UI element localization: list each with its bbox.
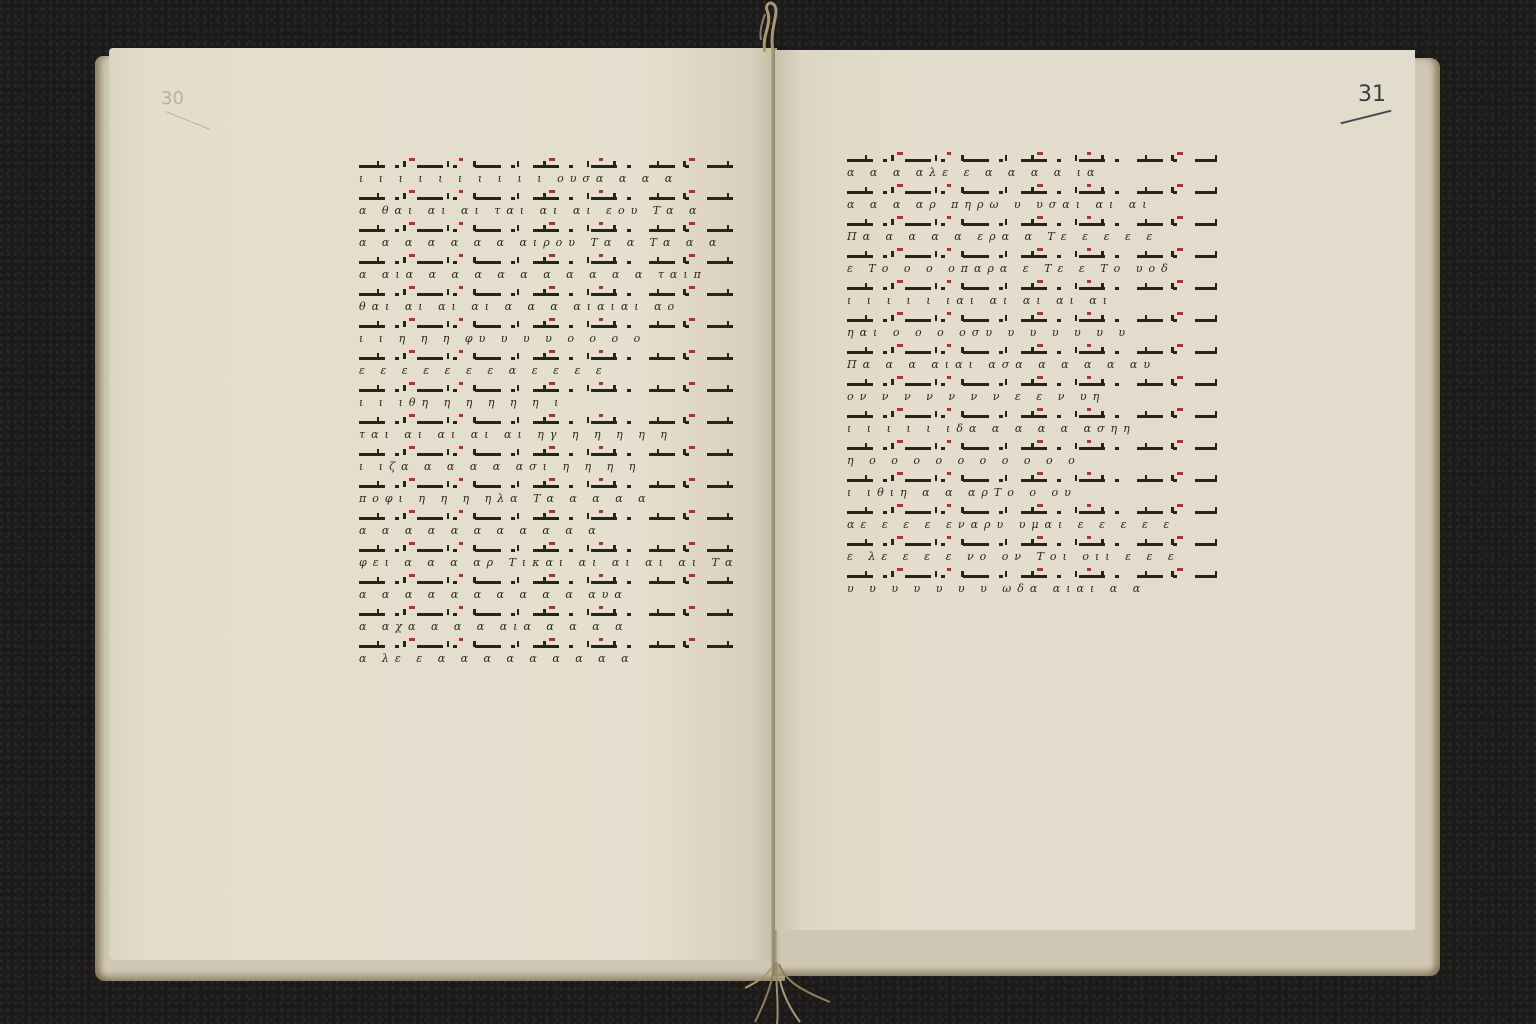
neume-line: ι ιθιη α α αρΤο ο ου: [847, 470, 1217, 502]
neume-line: θαι αι αι αι α α α αιαιαι αο: [359, 284, 739, 316]
right-neume-text-block: α α α αλε ε α α α α ια α α α αρ πηρω υ υ…: [847, 150, 1217, 598]
neume-line: α λε ε α α α α α α α α α: [359, 636, 739, 668]
right-page: α α α αλε ε α α α α ια α α α αρ πηρω υ υ…: [775, 50, 1415, 930]
left-neume-text-block: ι ι ι ι ι ι ι ι ι ι ουσα α α α α θαι αι …: [359, 156, 739, 668]
neume-line: φει α α α αρ Τικαι αι αι αι αι Τα α: [359, 540, 739, 572]
binding-thread-top: [755, 0, 785, 52]
neume-line: η ο ο ο ο ο ο ο ο ο ο: [847, 438, 1217, 470]
neume-line: α θαι αι αι ται αι αι εου Τα α: [359, 188, 739, 220]
binding-thread-bottom: [745, 962, 835, 1024]
neume-line: ι ι ι ι ι ιδα α α α α ασηη: [847, 406, 1217, 438]
neume-line: Πα α α α α ερα α Τε ε ε ε ε: [847, 214, 1217, 246]
neume-line: α α α α α α α α α α αυα: [359, 572, 739, 604]
left-page: 30 ι ι ι ι ι ι ι ι ι ι ουσα α α α α θαι …: [109, 48, 771, 960]
neume-line: υ υ υ υ υ υ υ ωδα αιαι α α: [847, 566, 1217, 598]
neume-line: Πα α α αιαι ασα α α α α αυ: [847, 342, 1217, 374]
neume-line: ε ε ε ε ε ε ε α ε ε ε ε: [359, 348, 739, 380]
neume-line: ποφι η η η ηλα Τα α α α α: [359, 476, 739, 508]
left-folio-underline: [166, 111, 211, 130]
neume-line: ι ι η η η φυ υ υ υ ο ο ο ο: [359, 316, 739, 348]
neume-line: ε λε ε ε ε νο ον Τοι οιι ε ε ε: [847, 534, 1217, 566]
neume-line: ι ι ιθη η η η η η ι: [359, 380, 739, 412]
neume-line: αε ε ε ε εναρυ υμαι ε ε ε ε ε: [847, 502, 1217, 534]
neume-line: ι ι ι ι ι ιαι αι αι αι αι: [847, 278, 1217, 310]
neume-line: α α α α α α α αιρου Τα α Τα α α: [359, 220, 739, 252]
neume-line: ον ν ν ν ν ν ν ε ε ν υη: [847, 374, 1217, 406]
neume-line: α α α α α α α α α α α: [359, 508, 739, 540]
right-folio-number: 31: [1358, 82, 1386, 107]
open-book: 30 ι ι ι ι ι ι ι ι ι ι ουσα α α α α θαι …: [95, 38, 1440, 988]
neume-line: α αχα α α α αια α α α α: [359, 604, 739, 636]
neume-line: α αια α α α α α α α α α α ταιπ: [359, 252, 739, 284]
neume-line: ι ι ι ι ι ι ι ι ι ι ουσα α α α: [359, 156, 739, 188]
left-folio-number: 30: [161, 88, 184, 109]
neume-line: ηαι ο ο ο οσυ υ υ υ υ υ υ: [847, 310, 1217, 342]
neume-line: α α α αρ πηρω υ υσαι αι αι: [847, 182, 1217, 214]
neume-line: ται αι αι αι αι ηγ η η η η η: [359, 412, 739, 444]
neume-line: ε Το ο ο οπαρα ε Τε ε Το υοδ: [847, 246, 1217, 278]
neume-line: ι ιζα α α α α ασι η η η η: [359, 444, 739, 476]
neume-line: α α α αλε ε α α α α ια: [847, 150, 1217, 182]
